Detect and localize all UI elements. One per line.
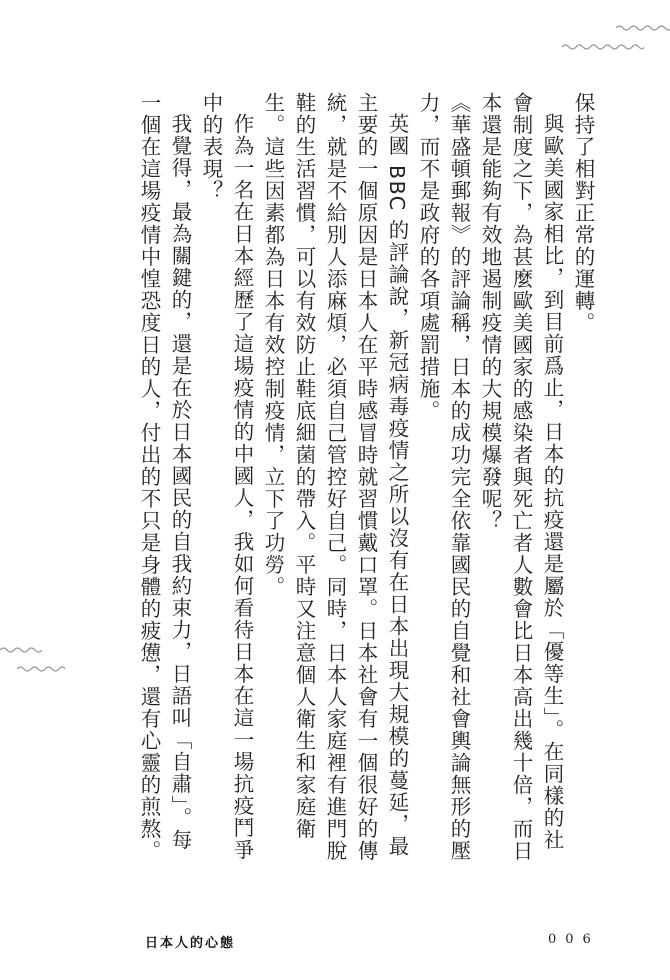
paragraph: 我覺得，最為關鍵的，還是在於日本國民的自我約束力，日語叫「自肅」。每一個在這場疫…: [133, 92, 195, 872]
running-footer-title: 日本人的心態: [145, 932, 235, 951]
paragraph: 作為一名在日本經歷了這場疫情的中國人，我如何看待日本在這一場抗疫鬥爭中的表現？: [195, 92, 257, 872]
paragraph: 與歐美國家相比，到目前爲止，日本的抗疫還是屬於「優等生」。在同樣的社會制度之下，…: [474, 92, 567, 872]
paragraph: 英國 BBC 的評論說，新冠病毒疫情之所以沒有在日本出現大規模的蔓延，最主要的一…: [257, 92, 412, 872]
body-text: 保持了相對正常的運轉。 與歐美國家相比，到目前爲止，日本的抗疫還是屬於「優等生」…: [78, 92, 598, 872]
wave-decoration-top-right-lower: [562, 41, 644, 53]
wave-decoration-left-upper: [0, 644, 42, 656]
paragraph: 保持了相對正常的運轉。: [567, 92, 598, 872]
paragraph: 《華盛頓郵報》的評論稱，日本的成功完全依靠國民的自覺和社會輿論無形的壓力，而不是…: [412, 92, 474, 872]
wave-decoration-left-lower: [17, 663, 65, 675]
book-page: 保持了相對正常的運轉。 與歐美國家相比，到目前爲止，日本的抗疫還是屬於「優等生」…: [0, 0, 670, 980]
page-number: 006: [548, 932, 600, 947]
wave-decoration-top-right-upper: [616, 22, 670, 34]
